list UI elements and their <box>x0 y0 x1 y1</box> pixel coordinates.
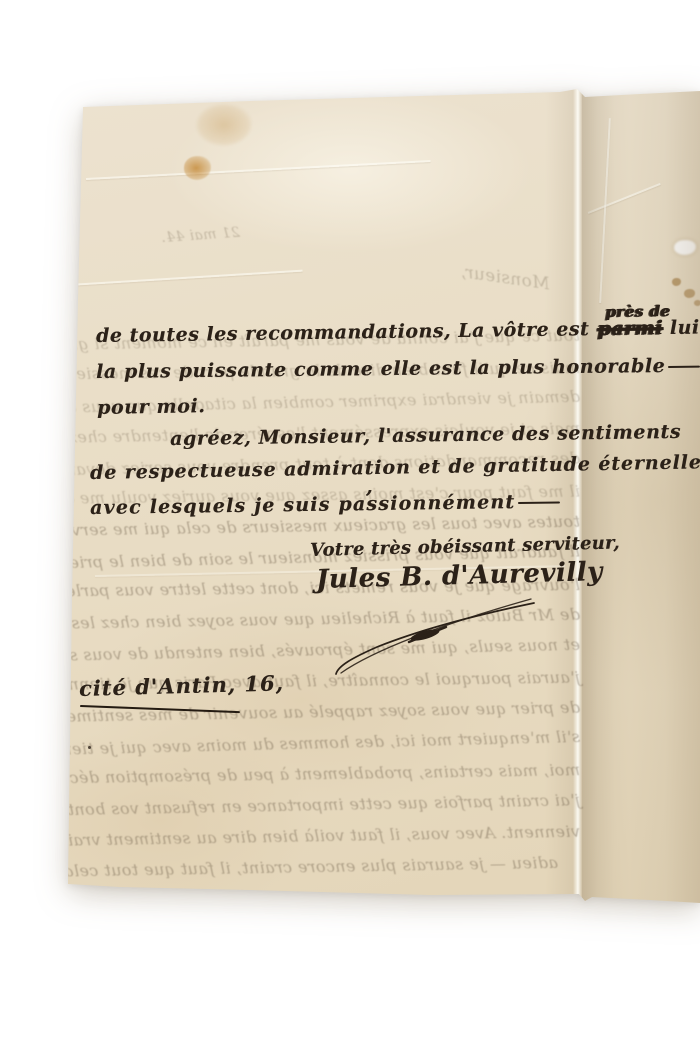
pen-flourish <box>668 366 700 368</box>
crossed-out-word: parmiprès de <box>597 317 663 340</box>
paper-crease <box>68 270 303 286</box>
ink-speck <box>88 746 91 749</box>
paper-shadow: 21 mai 44. Monsieur, tout ce que j'ai co… <box>0 0 700 1049</box>
address-line: cité d'Antin, 16, <box>79 670 285 701</box>
paper-stain <box>196 104 252 146</box>
paper-damage-spot <box>674 240 696 255</box>
interline-insertion: près de <box>605 302 670 321</box>
bleed-through-line: adieu — je saurais plus encore craint, i… <box>88 853 558 880</box>
right-page <box>582 0 700 1049</box>
letter-line-1-end: lui <box>670 317 700 339</box>
bleed-through-line: viennent. Avec vous, il faut voilà bien … <box>88 822 580 850</box>
paper-stain <box>684 289 695 298</box>
bleed-through-salutation: Monsieur, <box>427 258 551 295</box>
bleed-through-line: s'il m'enquiert moi ici, des hommes du m… <box>88 727 580 758</box>
paper-crease <box>599 118 610 303</box>
bleed-through-line: moi, mais certains, probablement à peu d… <box>88 760 580 787</box>
letter-line-1: de toutes les recommandations, La vôtre … <box>96 317 700 347</box>
pen-flourish <box>518 501 560 504</box>
bleed-through-date: 21 mai 44. <box>144 225 241 248</box>
paper-crease <box>588 183 661 214</box>
paper-stain <box>672 278 681 286</box>
letter-photograph: 21 mai 44. Monsieur, tout ce que j'ai co… <box>0 0 700 1049</box>
paraph-flourish <box>240 590 550 685</box>
letter-paper: 21 mai 44. Monsieur, tout ce que j'ai co… <box>0 0 700 1049</box>
paper-stain <box>694 300 700 306</box>
bleed-through-line: j'ai craint parfois que cette importance… <box>88 790 580 818</box>
paper-stain <box>184 156 211 180</box>
letter-line-3: pour moi. <box>97 395 206 419</box>
paper-crease <box>86 160 431 180</box>
bleed-through-line: de prier que vous soyez rappelé au souve… <box>88 698 580 726</box>
letter-line-2: la plus puissante comme elle est la plus… <box>96 355 700 383</box>
letter-line-5: de respectueuse admiration et de gratitu… <box>90 451 700 484</box>
